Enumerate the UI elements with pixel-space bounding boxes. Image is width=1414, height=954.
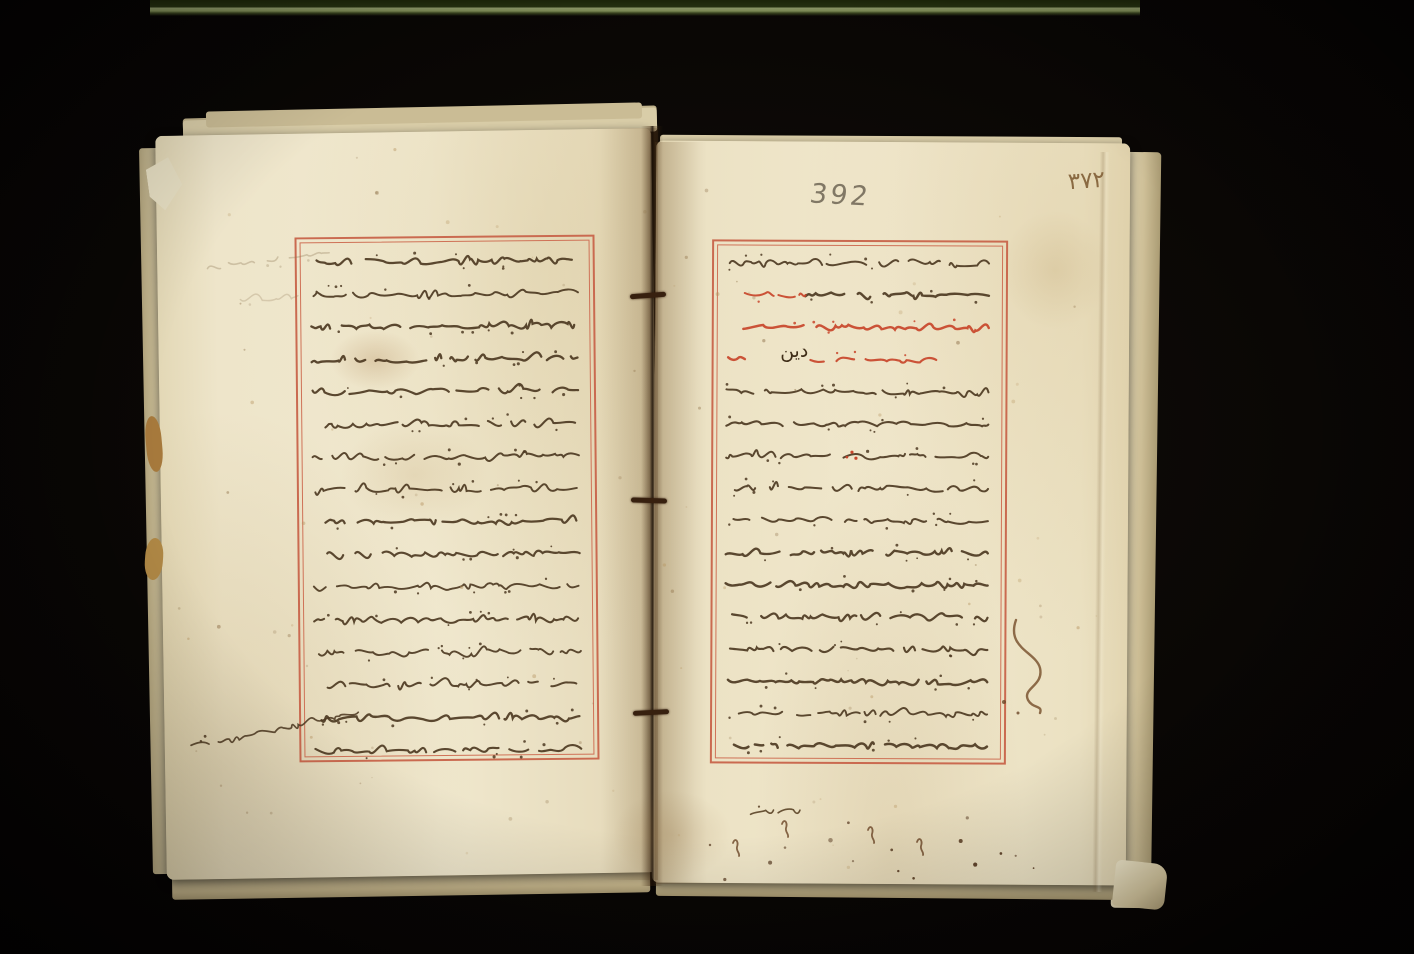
paper-stain <box>1000 210 1110 330</box>
left-ruling-frame-inner <box>300 240 595 758</box>
right-ruling-frame-inner <box>715 244 1003 759</box>
manuscript-photo: 392 ٣٧٢ دين <box>0 0 1414 954</box>
left-ruling-frame <box>294 235 599 763</box>
curled-corner <box>1112 859 1169 910</box>
binding-gutter <box>641 126 663 886</box>
paper-stain <box>612 790 732 880</box>
photographed-scale-edge <box>150 0 1140 16</box>
right-ruling-frame <box>710 239 1008 764</box>
